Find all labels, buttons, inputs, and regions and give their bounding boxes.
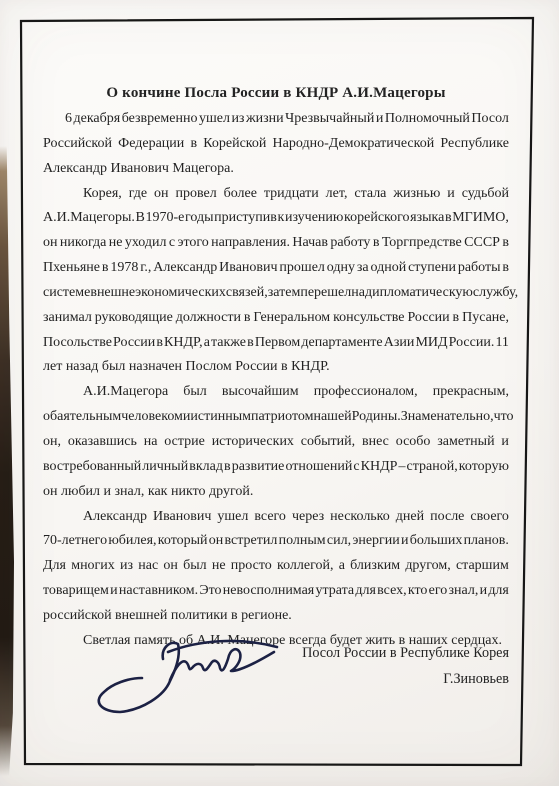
word: профессионалом, xyxy=(314,380,418,405)
word: востребованный xyxy=(43,455,141,480)
word: Для xyxy=(43,554,66,579)
word: планов. xyxy=(464,529,509,554)
document-line: Александр Иванович Мацегора. xyxy=(43,157,509,182)
word: занимал xyxy=(43,306,92,331)
word: Генеральном xyxy=(253,306,330,331)
word: на xyxy=(351,281,365,306)
word: и xyxy=(447,182,455,207)
word: Народно-Демократической xyxy=(273,132,435,157)
word: Пусане, xyxy=(462,306,509,331)
document-line: обаятельнымчеловекомиистиннымпатриотомна… xyxy=(43,405,509,430)
document-content: О кончине Посла России в КНДР А.И.Мацего… xyxy=(43,80,509,654)
word: коллегой, xyxy=(277,554,333,579)
word: а xyxy=(204,331,210,356)
word: через xyxy=(292,505,324,530)
word: он xyxy=(209,529,224,554)
word: старшим xyxy=(456,554,509,579)
word: нашей xyxy=(313,405,351,430)
document-line: востребованныйличныйвкладвразвитиеотноше… xyxy=(43,455,509,480)
word: Это xyxy=(199,579,221,604)
word: более xyxy=(224,182,257,207)
word: и xyxy=(183,405,191,430)
word: в xyxy=(247,331,254,356)
word: из xyxy=(120,554,133,579)
word: многих xyxy=(71,554,115,579)
word: он xyxy=(43,231,58,256)
word: ступени xyxy=(408,256,456,281)
word: и xyxy=(376,107,384,132)
word: острие xyxy=(164,430,205,455)
word: лет, xyxy=(326,182,348,207)
word: внешнеэкономических xyxy=(90,281,226,306)
word: в xyxy=(190,132,197,157)
word: КНДР, xyxy=(164,331,203,356)
document-line: А.И.Мацегорабылвысочайшимпрофессионалом,… xyxy=(43,380,509,405)
word: Александр xyxy=(153,256,217,281)
word: Федерации xyxy=(118,132,184,157)
word: связей, xyxy=(226,281,268,306)
word: юбилея, xyxy=(108,529,156,554)
word: патриотом xyxy=(251,405,313,430)
word: Иванович xyxy=(219,256,277,281)
document-body: 6декабрябезвременноушелизжизниЧрезвычайн… xyxy=(43,107,509,654)
word: А.И.Мацегора xyxy=(83,380,168,405)
word: Александр xyxy=(83,505,147,530)
word: годы xyxy=(185,206,214,231)
word: обаятельным xyxy=(43,405,121,430)
word: наставником. xyxy=(119,579,198,604)
word: страной, xyxy=(407,455,458,480)
word: а xyxy=(339,554,345,579)
word: Посольстве xyxy=(43,331,112,356)
document-line: занималруководящиедолжностивГенеральномк… xyxy=(43,306,509,331)
paragraph: 6декабрябезвременноушелизжизниЧрезвычайн… xyxy=(43,107,509,182)
word: дней xyxy=(396,505,424,530)
document-line: АлександрИвановичушелвсегочерезнесколько… xyxy=(43,505,509,530)
signoff-name: Г.Зиновьев xyxy=(43,666,509,692)
document-line: РоссийскойФедерациивКорейскойНародно-Дем… xyxy=(43,132,509,157)
word: также xyxy=(211,331,246,356)
word: одной xyxy=(371,256,407,281)
word: 6 xyxy=(65,107,72,132)
word: Торгпредстве xyxy=(382,231,462,256)
document-line: Длямногихизнасонбылнепростоколлегой,абли… xyxy=(43,554,509,579)
word: из xyxy=(231,107,244,132)
word: развитие xyxy=(232,455,285,480)
document-line: 70-летнегоюбилея,которыйонвстретилполным… xyxy=(43,529,509,554)
word: с xyxy=(353,455,359,480)
word: был xyxy=(183,380,207,405)
document-line: системевнешнеэкономическихсвязей,затемпе… xyxy=(43,281,509,306)
word: не xyxy=(212,554,226,579)
word: Российской xyxy=(43,132,112,157)
word: МИД xyxy=(415,331,447,356)
word: с xyxy=(169,231,175,256)
word: А.И.Мацегоры. xyxy=(43,206,135,231)
word: особо xyxy=(396,430,431,455)
photographed-document: О кончине Посла России в КНДР А.И.Мацего… xyxy=(0,0,559,786)
word: системе xyxy=(43,281,90,306)
word: всех, xyxy=(377,579,406,604)
word: высочайшим xyxy=(222,380,299,405)
document-line: лет назад был назначен Послом России в К… xyxy=(43,355,509,380)
word: корейского xyxy=(344,206,410,231)
word: Пхеньяне xyxy=(43,256,100,281)
word: несколько xyxy=(330,505,390,530)
word: Посол xyxy=(471,107,508,132)
word: энергии xyxy=(352,529,399,554)
word: к xyxy=(278,206,285,231)
word: где xyxy=(129,182,147,207)
word: департаменте xyxy=(301,331,382,356)
word: 1978 xyxy=(110,256,138,281)
word: г., xyxy=(140,256,151,281)
word: безвременно xyxy=(122,107,198,132)
document-line: ПосольствеРоссиивКНДР,атакжевПервомдепар… xyxy=(43,331,509,356)
word: Иванович xyxy=(153,505,211,530)
word: за xyxy=(357,256,369,281)
word: другом, xyxy=(405,554,450,579)
word: который xyxy=(158,529,208,554)
word: судьбой xyxy=(462,182,509,207)
word: и xyxy=(401,529,409,554)
word: отношений xyxy=(285,455,352,480)
word: он xyxy=(163,554,178,579)
word: направления. xyxy=(211,231,290,256)
word: одну xyxy=(327,256,355,281)
document-line: товарищеминаставником.Этоневосполнимаяут… xyxy=(43,579,509,604)
word: в xyxy=(156,331,163,356)
word: он, xyxy=(43,430,61,455)
word: полным xyxy=(279,529,326,554)
word: МГИМО, xyxy=(452,206,509,231)
word: утрата xyxy=(315,579,354,604)
word: после xyxy=(430,505,464,530)
word: работы xyxy=(458,256,501,281)
word: в xyxy=(373,231,380,256)
word: знал, xyxy=(448,579,478,604)
word: не xyxy=(109,231,123,256)
word: Полномочный xyxy=(385,107,470,132)
word: провел xyxy=(175,182,216,207)
word: и xyxy=(480,579,488,604)
word: России xyxy=(113,331,155,356)
word: на xyxy=(144,430,158,455)
word: Азии xyxy=(384,331,415,356)
word: должности xyxy=(176,306,241,331)
word: 1970-е xyxy=(145,206,184,231)
word: прекрасным, xyxy=(433,380,509,405)
word: изучению xyxy=(285,206,343,231)
paragraph: А.И.Мацегорабылвысочайшимпрофессионалом,… xyxy=(43,380,509,504)
word: товарищем xyxy=(43,579,109,604)
word: встретил xyxy=(225,529,278,554)
word: В xyxy=(136,206,145,231)
word: больших xyxy=(410,529,463,554)
word: руководящие xyxy=(95,306,173,331)
word: истинным xyxy=(190,405,251,430)
word: России xyxy=(407,306,449,331)
word: КНДР xyxy=(361,455,398,480)
word: в xyxy=(453,306,460,331)
word: тридцати xyxy=(264,182,319,207)
word: жизнью xyxy=(393,182,440,207)
document-line: он любил и знал, как никто другой. xyxy=(43,480,509,505)
word: Чрезвычайный xyxy=(285,107,374,132)
word: он xyxy=(154,182,169,207)
word: кто xyxy=(408,579,428,604)
word: нас xyxy=(138,554,158,579)
word: в xyxy=(502,231,509,256)
word: Знаменательно, xyxy=(401,405,494,430)
word: никогда xyxy=(60,231,106,256)
document-line: он,оказавшисьнаостриеисторическихсобытий… xyxy=(43,430,509,455)
word: языка xyxy=(410,206,444,231)
word: заметный xyxy=(437,430,494,455)
word: службу, xyxy=(473,281,518,306)
word: в xyxy=(224,455,231,480)
word: СССР xyxy=(464,231,500,256)
word: всего xyxy=(254,505,286,530)
word: невосполнимая xyxy=(223,579,314,604)
word: консульстве xyxy=(333,306,404,331)
word: дипломатическую xyxy=(365,281,473,306)
word: приступив xyxy=(214,206,277,231)
signoff-block: Посол России в Республике Корея Г.Зиновь… xyxy=(43,640,509,692)
word: что xyxy=(494,405,514,430)
word: Родины. xyxy=(352,405,401,430)
word: событий, xyxy=(301,430,355,455)
word: – xyxy=(399,455,406,480)
word: уходил xyxy=(125,231,167,256)
word: декабря xyxy=(74,107,121,132)
word: оказавшись xyxy=(68,430,137,455)
word: в xyxy=(502,256,509,281)
paragraph: Корея,гдеонпровелболеетридцатилет,сталаж… xyxy=(43,182,509,381)
word: исторических xyxy=(212,430,294,455)
signoff-position: Посол России в Республике Корея xyxy=(43,640,509,666)
word: Корея, xyxy=(83,182,122,207)
word: 70-летнего xyxy=(43,529,107,554)
word: в xyxy=(445,206,452,231)
word: внес xyxy=(362,430,389,455)
word: стала xyxy=(354,182,386,207)
word: которую xyxy=(459,455,509,480)
word: в xyxy=(102,256,109,281)
word: Корейской xyxy=(203,132,266,157)
word: вклад xyxy=(189,455,223,480)
word: его xyxy=(429,579,448,604)
document-line: А.И.Мацегоры.В1970-егодыприступивкизучен… xyxy=(43,206,509,231)
word: этого xyxy=(177,231,208,256)
word: сил, xyxy=(327,529,351,554)
paragraph: АлександрИвановичушелвсегочерезнесколько… xyxy=(43,505,509,629)
document-line: российской внешней политики в регионе. xyxy=(43,604,509,629)
word: и xyxy=(501,430,509,455)
document-line: онникогданеуходилсэтогонаправления.Начав… xyxy=(43,231,509,256)
word: России. xyxy=(449,331,495,356)
word: Первом xyxy=(255,331,300,356)
word: для xyxy=(488,579,509,604)
word: близким xyxy=(350,554,400,579)
word: ушел xyxy=(217,505,248,530)
word: Начав xyxy=(292,231,328,256)
word: перешел xyxy=(300,281,351,306)
word: в xyxy=(244,306,251,331)
word: был xyxy=(183,554,207,579)
word: работу xyxy=(330,231,370,256)
document-line: Корея,гдеонпровелболеетридцатилет,сталаж… xyxy=(43,182,509,207)
word: затем xyxy=(268,281,301,306)
word: личный xyxy=(142,455,188,480)
word: ушел xyxy=(199,107,230,132)
word: и xyxy=(110,579,118,604)
word: 11 xyxy=(495,331,508,356)
word: просто xyxy=(231,554,272,579)
word: жизни xyxy=(246,107,284,132)
word: человеком xyxy=(121,405,183,430)
document-title: О кончине Посла России в КНДР А.И.Мацего… xyxy=(43,80,509,106)
word: для xyxy=(355,579,376,604)
word: Республике xyxy=(440,132,509,157)
document-line: 6декабрябезвременноушелизжизниЧрезвычайн… xyxy=(43,107,509,132)
word: своего xyxy=(470,505,509,530)
word: прошел xyxy=(279,256,324,281)
document-line: Пхеньянев1978г.,АлександрИвановичпрошело… xyxy=(43,256,509,281)
